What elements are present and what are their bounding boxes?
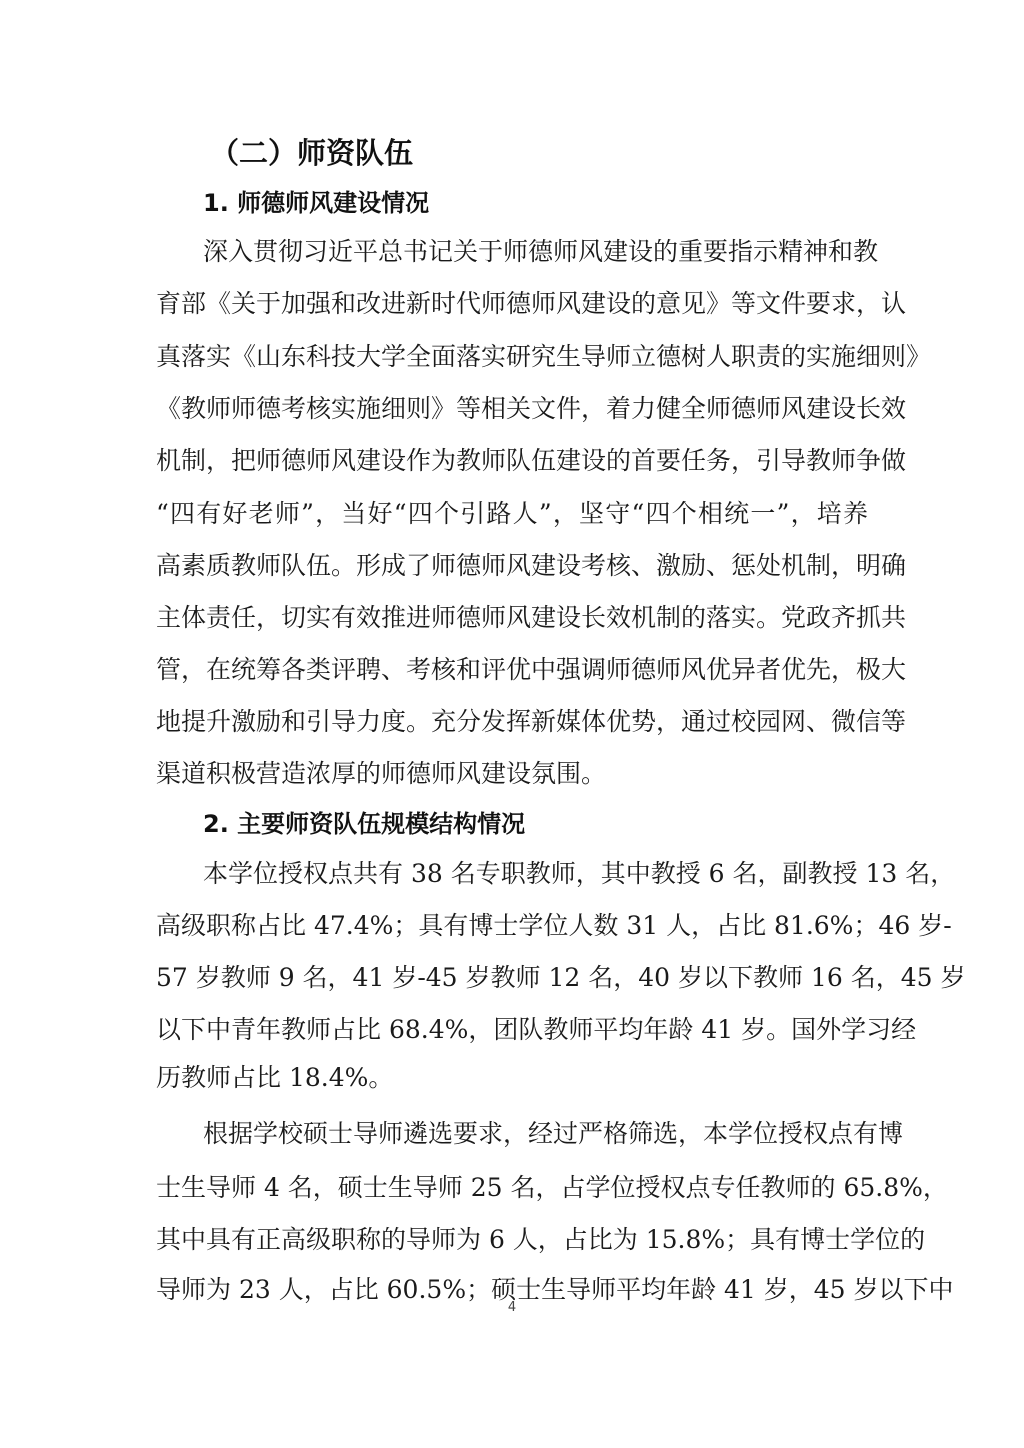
section-title: （二）师资队伍 (210, 131, 413, 175)
paragraph-line: 育部《关于加强和改进新时代师德师风建设的意见》等文件要求，认 (156, 284, 868, 324)
paragraph-line: 高级职称占比 47.4%；具有博士学位人数 31 人，占比 81.6%；46 岁… (156, 906, 868, 946)
paragraph-line: 管，在统筹各类评聘、考核和评优中强调师德师风优异者优先，极大 (156, 650, 868, 690)
paragraph-line: 主体责任，切实有效推进师德师风建设长效机制的落实。党政齐抓共 (156, 598, 868, 638)
paragraph-line: 士生导师 4 名，硕士生导师 25 名，占学位授权点专任教师的 65.8%， (156, 1168, 868, 1208)
document-page: （二）师资队伍 1. 师德师风建设情况 深入贯彻习近平总书记关于师德师风建设的重… (0, 0, 1024, 1448)
subsection-heading-1: 1. 师德师风建设情况 (203, 183, 429, 223)
paragraph-line: 57 岁教师 9 名，41 岁-45 岁教师 12 名，40 岁以下教师 16 … (156, 958, 868, 998)
paragraph-line: 高素质教师队伍。形成了师德师风建设考核、激励、惩处机制，明确 (156, 546, 868, 586)
paragraph-line: 其中具有正高级职称的导师为 6 人，占比为 15.8%；具有博士学位的 (156, 1220, 868, 1260)
paragraph-line: 根据学校硕士导师遴选要求，经过严格筛选，本学位授权点有博 (203, 1114, 868, 1154)
paragraph-line: 机制，把师德师风建设作为教师队伍建设的首要任务，引导教师争做 (156, 441, 868, 481)
paragraph-line: 历教师占比 18.4%。 (156, 1058, 868, 1098)
subsection-heading-2: 2. 主要师资队伍规模结构情况 (203, 804, 525, 844)
paragraph-line: “四有好老师”，当好“四个引路人”，坚守“四个相统一”，培养 (156, 494, 868, 534)
page-number: 4 (500, 1300, 524, 1315)
paragraph-line: 深入贯彻习近平总书记关于师德师风建设的重要指示精神和教 (203, 232, 868, 272)
paragraph-line: 渠道积极营造浓厚的师德师风建设氛围。 (156, 754, 868, 794)
paragraph-line: 以下中青年教师占比 68.4%，团队教师平均年龄 41 岁。国外学习经 (156, 1010, 868, 1050)
paragraph-line: 《教师师德考核实施细则》等相关文件，着力健全师德师风建设长效 (156, 389, 868, 429)
paragraph-line: 地提升激励和引导力度。充分发挥新媒体优势，通过校园网、微信等 (156, 702, 868, 742)
paragraph-line: 本学位授权点共有 38 名专职教师，其中教授 6 名，副教授 13 名， (203, 854, 868, 894)
paragraph-line: 真落实《山东科技大学全面落实研究生导师立德树人职责的实施细则》 (156, 337, 868, 377)
